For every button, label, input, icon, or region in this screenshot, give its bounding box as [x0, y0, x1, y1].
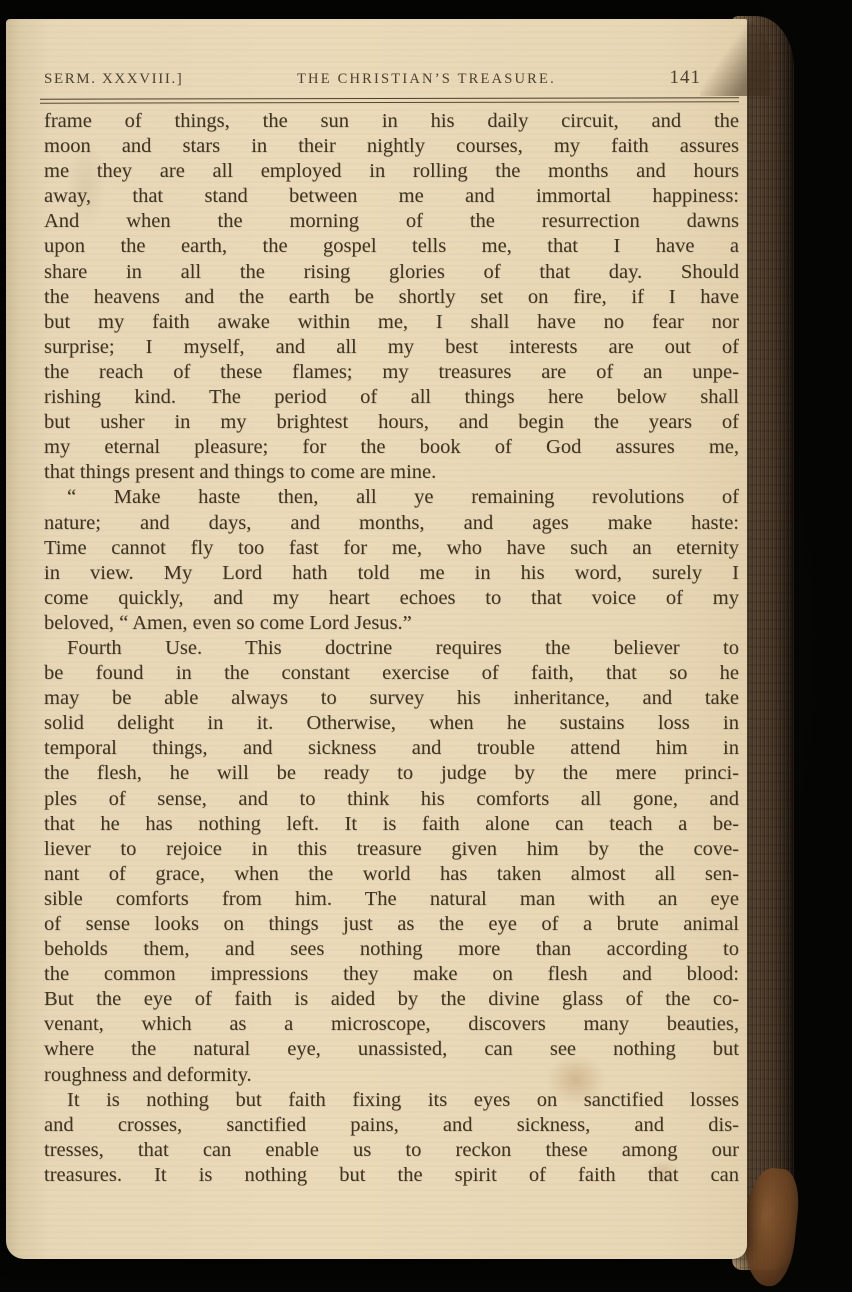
text-line: nature; and days, and months, and ages m…	[44, 511, 739, 536]
text-line: But the eye of faith is aided by the div…	[44, 987, 739, 1012]
text-line: sible comforts from him. The natural man…	[44, 887, 739, 912]
text-line: moon and stars in their nightly courses,…	[44, 134, 739, 159]
text-line: me they are all employed in rolling the …	[44, 159, 739, 184]
running-title: THE CHRISTIAN’S TREASURE.	[183, 71, 669, 88]
page-header: SERM. XXXVIII.] THE CHRISTIAN’S TREASURE…	[44, 67, 739, 89]
text-line: Fourth Use. This doctrine requires the b…	[44, 636, 739, 661]
sermon-number-label: SERM. XXXVIII.]	[44, 71, 183, 88]
text-line: venant, which as a microscope, discovers…	[44, 1012, 739, 1037]
text-line: the common impressions they make on fles…	[44, 962, 739, 987]
text-line: that things present and things to come a…	[44, 460, 739, 485]
text-line: frame of things, the sun in his daily ci…	[44, 109, 739, 134]
text-line: Time cannot fly too fast for me, who hav…	[44, 536, 739, 561]
text-line: roughness and deformity.	[44, 1063, 739, 1088]
text-line: away, that stand between me and immortal…	[44, 184, 739, 209]
text-line: but my faith awake within me, I shall ha…	[44, 310, 739, 335]
text-line: share in all the rising glories of that …	[44, 260, 739, 285]
book-scan-photo: SERM. XXXVIII.] THE CHRISTIAN’S TREASURE…	[0, 0, 852, 1292]
text-line: the flesh, he will be ready to judge by …	[44, 761, 739, 786]
page-body: frame of things, the sun in his daily ci…	[44, 109, 739, 1188]
text-line: It is nothing but faith fixing its eyes …	[44, 1088, 739, 1113]
text-line: beloved, “ Amen, even so come Lord Jesus…	[44, 611, 739, 636]
text-line: solid delight in it. Otherwise, when he …	[44, 711, 739, 736]
text-line: but usher in my brightest hours, and beg…	[44, 410, 739, 435]
text-line: liever to rejoice in this treasure given…	[44, 837, 739, 862]
text-line: the heavens and the earth be shortly set…	[44, 285, 739, 310]
text-line: rishing kind. The period of all things h…	[44, 385, 739, 410]
text-line: my eternal pleasure; for the book of God…	[44, 435, 739, 460]
text-line: beholds them, and sees nothing more than…	[44, 937, 739, 962]
text-line: “ Make haste then, all ye remaining revo…	[44, 485, 739, 510]
page-number: 141	[670, 67, 702, 89]
text-line: ples of sense, and to think his comforts…	[44, 787, 739, 812]
text-line: tresses, that can enable us to reckon th…	[44, 1138, 739, 1163]
text-line: the reach of these flames; my treasures …	[44, 360, 739, 385]
text-line: in view. My Lord hath told me in his wor…	[44, 561, 739, 586]
text-line: that he has nothing left. It is faith al…	[44, 812, 739, 837]
text-line: be found in the constant exercise of fai…	[44, 661, 739, 686]
text-line: nant of grace, when the world has taken …	[44, 862, 739, 887]
text-line: where the natural eye, unassisted, can s…	[44, 1037, 739, 1062]
header-rule	[40, 97, 739, 103]
text-line: And when the morning of the resurrection…	[44, 209, 739, 234]
text-line: temporal things, and sickness and troubl…	[44, 736, 739, 761]
text-line: of sense looks on things just as the eye…	[44, 912, 739, 937]
text-line: may be able always to survey his inherit…	[44, 686, 739, 711]
page-content: SERM. XXXVIII.] THE CHRISTIAN’S TREASURE…	[6, 19, 747, 1259]
text-line: treasures. It is nothing but the spirit …	[44, 1163, 739, 1188]
text-line: come quickly, and my heart echoes to tha…	[44, 586, 739, 611]
text-line: and crosses, sanctified pains, and sickn…	[44, 1113, 739, 1138]
text-line: surprise; I myself, and all my best inte…	[44, 335, 739, 360]
book-page: SERM. XXXVIII.] THE CHRISTIAN’S TREASURE…	[6, 19, 747, 1259]
text-line: upon the earth, the gospel tells me, tha…	[44, 234, 739, 259]
